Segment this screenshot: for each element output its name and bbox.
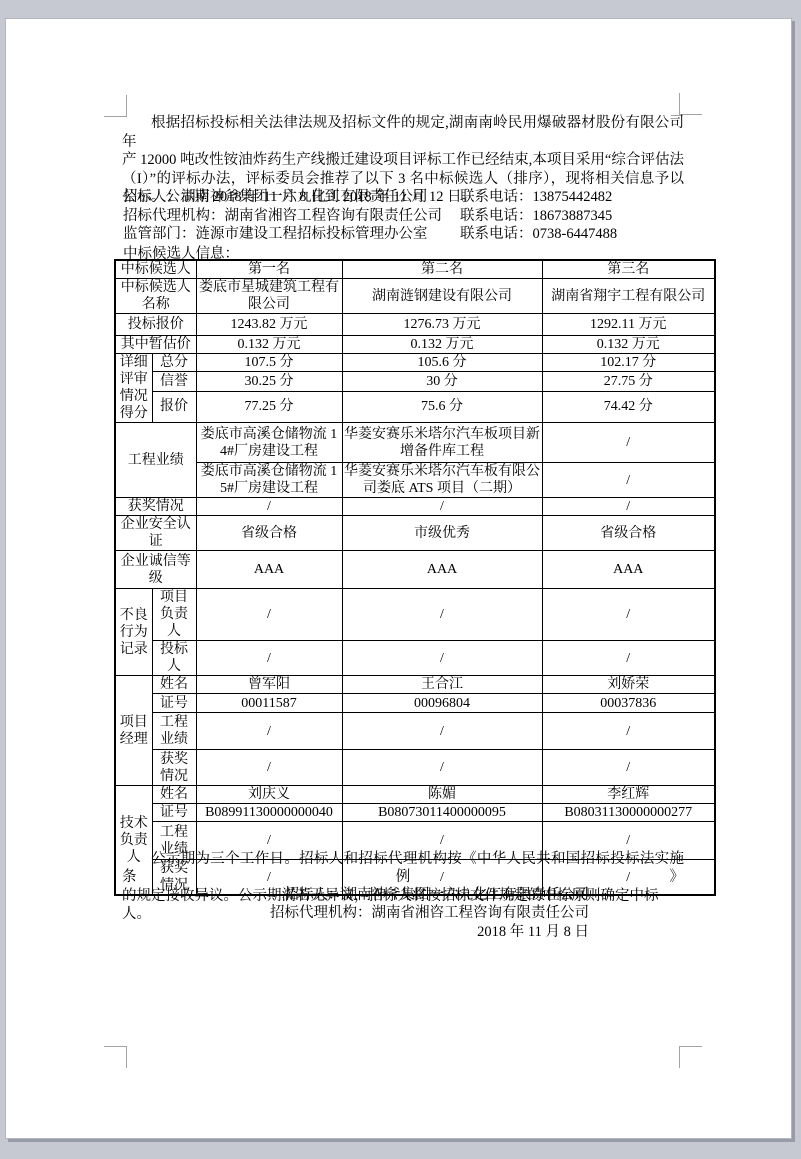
table-cell: 华菱安赛乐米塔尔汽车板项目新增备件库工程 [342,423,542,463]
margin-crop-mark-bottom-right [679,1046,702,1068]
intro-line: 产 12000 吨改性铵油炸药生产线搬迁建设项目评标工作已经结束,本项目采用“综… [122,151,684,170]
table-row: 投标人 / / / [115,641,715,676]
table-row: 投标报价 1243.82 万元 1276.73 万元 1292.11 万元 [115,314,715,336]
table-row: 其中暂估价 0.132 万元 0.132 万元 0.132 万元 [115,336,715,354]
table-cell: 107.5 分 [196,354,342,372]
intro-line: （I）”的评标办法，评标委员会推荐了以下 3 名中标候选人（排序），现将相关信息… [122,170,684,189]
table-cell: 75.6 分 [342,391,542,422]
table-cell: / [196,589,342,641]
table-cell: AAA [542,551,715,589]
group-label-achievements: 工程业绩 [115,423,196,498]
table-cell: 市级优秀 [342,516,542,551]
table-cell: 30 分 [342,372,542,391]
intro-line: 根据招标投标相关法律法规及招标文件的规定,湖南南岭民用爆破器材股份有限公司年 [122,114,684,151]
table-row: 获奖情况 / / / [115,498,715,516]
table-cell: AAA [342,551,542,589]
contact-party: 监管部门：涟源市建设工程招标投标管理办公室 [123,226,428,242]
table-row: 获奖情况 / / / [115,750,715,786]
row-label-pm-name: 姓名 [152,676,196,694]
table-cell: 娄底市高溪仓储物流 15#厂房建设工程 [196,463,342,498]
contact-phone: 联系电话：0738-6447488 [460,225,617,244]
contact-party: 招标代理机构：湖南省湘咨工程咨询有限责任公司 [123,208,442,224]
table-row: 中标候选人 第一名 第二名 第三名 [115,260,715,279]
margin-crop-mark-top-right [679,93,702,115]
row-label-bidder: 投标人 [152,641,196,676]
row-label-estimated-price: 其中暂估价 [115,336,196,354]
table-row: 不良行为记录 项目负责人 / / / [115,589,715,641]
row-label-pm-cert-no: 证号 [152,694,196,713]
table-cell: / [342,589,542,641]
table-row: 技术负责人 姓名 刘庆义 陈媚 李红辉 [115,786,715,804]
table-row: 项目经理 姓名 曾军阳 王合江 刘娇荣 [115,676,715,694]
rank-header-1: 第一名 [196,260,342,279]
table-cell: / [342,750,542,786]
table-cell: / [542,498,715,516]
group-label-bad-behavior: 不良行为记录 [115,589,152,676]
table-row: 证号 B08991130000000040 B08073011400000095… [115,804,715,822]
table-cell: 华菱安赛乐米塔尔汽车板有限公司娄底 ATS 项目（二期） [342,463,542,498]
table-cell: 王合江 [342,676,542,694]
row-label-candidates: 中标候选人 [115,260,196,279]
table-cell: 李红辉 [542,786,715,804]
table-cell: / [542,641,715,676]
document-page: 根据招标投标相关法律法规及招标文件的规定,湖南南岭民用爆破器材股份有限公司年 产… [5,18,792,1139]
row-label-awards: 获奖情况 [115,498,196,516]
table-cell: 0.132 万元 [542,336,715,354]
row-label-tech-name: 姓名 [152,786,196,804]
table-cell: / [542,589,715,641]
contact-list: 招标人：湖南神斧集团一六九化工有限责任公司 联系电话：13875442482 招… [123,188,683,244]
table-cell: / [342,498,542,516]
table-cell: B08031130000000277 [542,804,715,822]
table-cell: 刘庆义 [196,786,342,804]
row-label-total-score: 总分 [152,354,196,372]
table-cell: 娄底市高溪仓储物流 14#厂房建设工程 [196,423,342,463]
contact-phone: 联系电话：18673887345 [460,207,612,226]
table-row: 信誉 30.25 分 30 分 27.75 分 [115,372,715,391]
table-cell: / [342,713,542,750]
table-cell: B08073011400000095 [342,804,542,822]
margin-crop-mark-bottom-left [104,1046,127,1068]
row-label-project-leader: 项目负责人 [152,589,196,641]
table-cell: 省级合格 [196,516,342,551]
table-cell: 0.132 万元 [342,336,542,354]
table-cell: 陈媚 [342,786,542,804]
rank-header-2: 第二名 [342,260,542,279]
row-label-safety-cert: 企业安全认证 [115,516,196,551]
table-row: 中标候选人名称 娄底市星城建筑工程有限公司 湖南涟钢建设有限公司 湖南省翔宇工程… [115,279,715,314]
row-label-price-score: 报价 [152,391,196,422]
table-cell: 湖南省翔宇工程有限公司 [542,279,715,314]
signature-agency: 招标代理机构：湖南省湘咨工程咨询有限责任公司 [123,904,589,922]
rank-header-3: 第三名 [542,260,715,279]
table-cell: 省级合格 [542,516,715,551]
table-cell: / [342,641,542,676]
table-cell: 00096804 [342,694,542,713]
table-cell: 102.17 分 [542,354,715,372]
table-cell: 0.132 万元 [196,336,342,354]
table-cell: 曾军阳 [196,676,342,694]
signature-date: 2018 年 11 月 8 日 [123,923,589,941]
table-row: 证号 00011587 00096804 00037836 [115,694,715,713]
candidates-table: 中标候选人 第一名 第二名 第三名 中标候选人名称 娄底市星城建筑工程有限公司 … [114,259,716,896]
table-row: 工程业绩 娄底市高溪仓储物流 14#厂房建设工程 华菱安赛乐米塔尔汽车板项目新增… [115,423,715,463]
group-label-project-manager: 项目经理 [115,676,152,786]
table-cell: 77.25 分 [196,391,342,422]
contact-phone: 联系电话：13875442482 [460,188,612,207]
table-cell: 00037836 [542,694,715,713]
table-cell: 105.6 分 [342,354,542,372]
table-row: 企业安全认证 省级合格 市级优秀 省级合格 [115,516,715,551]
row-label-credit-score: 信誉 [152,372,196,391]
contact-row-regulator: 监管部门：涟源市建设工程招标投标管理办公室 联系电话：0738-6447488 [123,225,683,244]
footer-line: 公示期为三个工作日。招标人和招标代理机构按《中华人民共和国招标投标法实施条例》 [122,850,684,887]
table-cell: 30.25 分 [196,372,342,391]
table-row: 企业诚信等级 AAA AAA AAA [115,551,715,589]
table-cell: 27.75 分 [542,372,715,391]
signature-tenderer: 招标人：湖南神斧集团一六九化工有限责任公司 [123,886,589,904]
row-label-pm-awards: 获奖情况 [152,750,196,786]
table-row: 娄底市高溪仓储物流 15#厂房建设工程 华菱安赛乐米塔尔汽车板有限公司娄底 AT… [115,463,715,498]
table-cell: 娄底市星城建筑工程有限公司 [196,279,342,314]
table-cell: 湖南涟钢建设有限公司 [342,279,542,314]
row-label-tech-cert-no: 证号 [152,804,196,822]
table-cell: 1292.11 万元 [542,314,715,336]
table-cell: 刘娇荣 [542,676,715,694]
table-cell: 00011587 [196,694,342,713]
contact-row-agency: 招标代理机构：湖南省湘咨工程咨询有限责任公司 联系电话：18673887345 [123,207,683,226]
table-cell: / [542,750,715,786]
contact-row-tenderer: 招标人：湖南神斧集团一六九化工有限责任公司 联系电话：13875442482 [123,188,683,207]
row-label-bid-price: 投标报价 [115,314,196,336]
table-cell: AAA [196,551,342,589]
table-cell: B08991130000000040 [196,804,342,822]
table-cell: 74.42 分 [542,391,715,422]
group-label-detailed-scores: 详细评审情况得分 [115,354,152,423]
row-label-pm-achievements: 工程业绩 [152,713,196,750]
table-row: 报价 77.25 分 75.6 分 74.42 分 [115,391,715,422]
table-cell: 1276.73 万元 [342,314,542,336]
table-row: 详细评审情况得分 总分 107.5 分 105.6 分 102.17 分 [115,354,715,372]
row-label-candidate-name: 中标候选人名称 [115,279,196,314]
table-cell: / [542,463,715,498]
table-cell: / [196,750,342,786]
table-cell: / [542,423,715,463]
table-cell: / [196,713,342,750]
contact-party: 招标人：湖南神斧集团一六九化工有限责任公司 [123,189,428,205]
table-cell: / [196,641,342,676]
row-label-credit-rating: 企业诚信等级 [115,551,196,589]
table-row: 工程业绩 / / / [115,713,715,750]
signature-block: 招标人：湖南神斧集团一六九化工有限责任公司 招标代理机构：湖南省湘咨工程咨询有限… [123,886,589,941]
table-cell: 1243.82 万元 [196,314,342,336]
table-cell: / [542,713,715,750]
table-cell: / [196,498,342,516]
